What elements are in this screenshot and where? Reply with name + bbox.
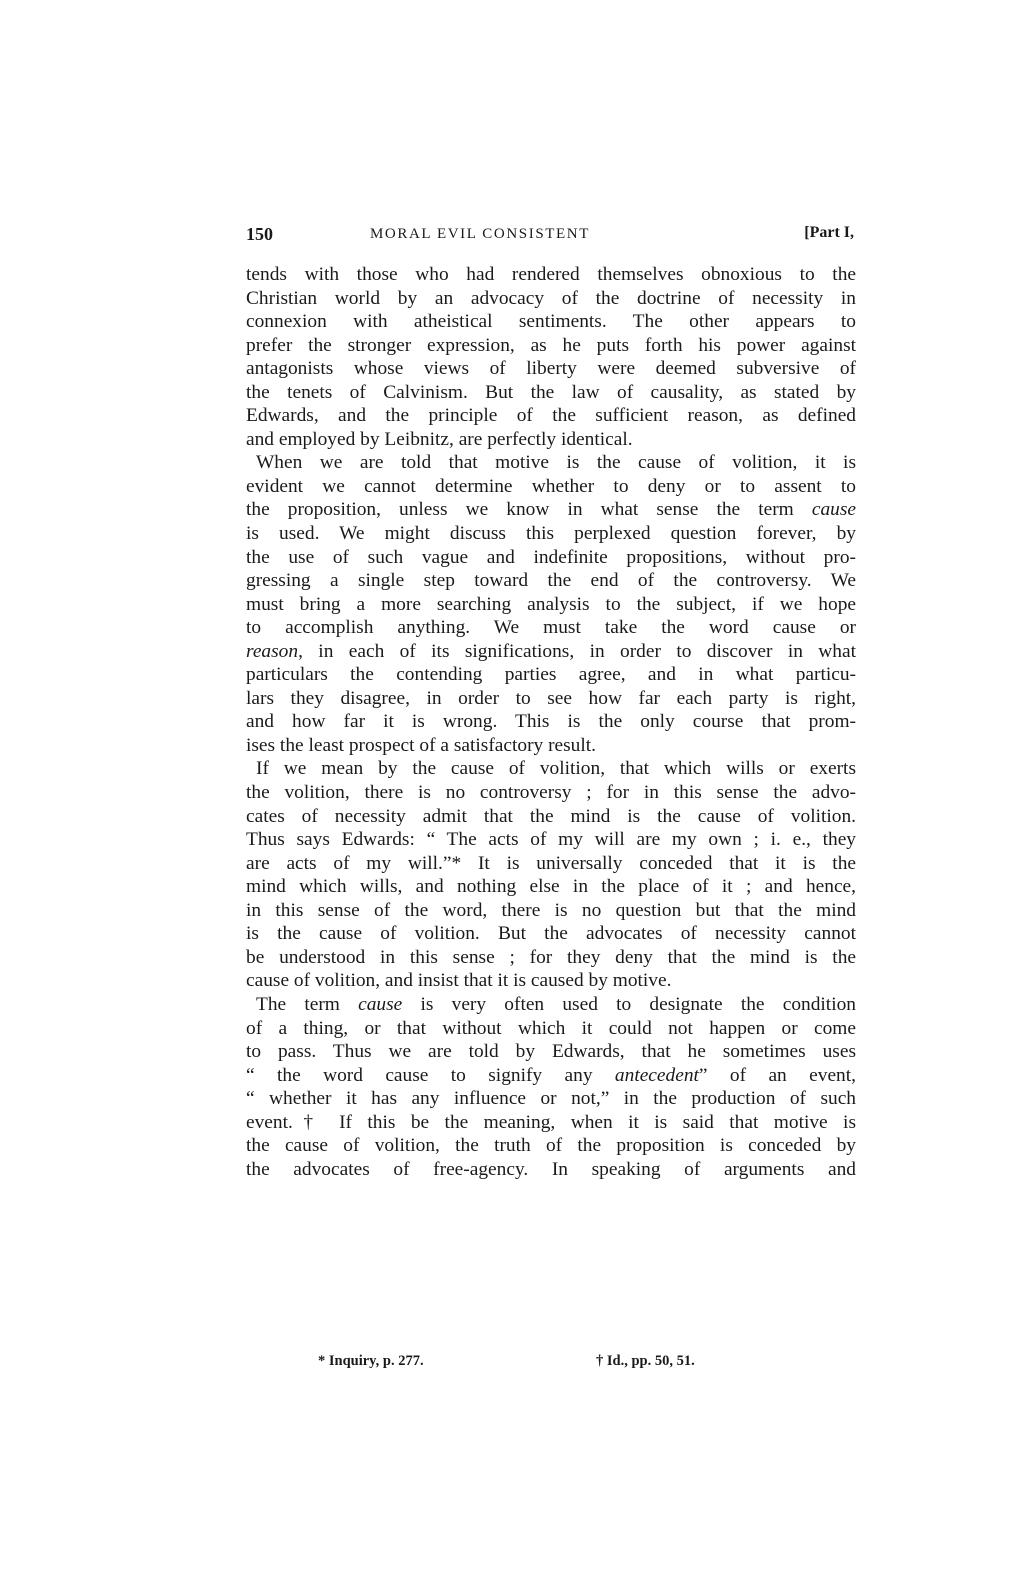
text-line: to accomplish anything. We must take the… [246,616,856,640]
running-head: 150 MORAL EVIL CONSISTENT [Part I, [246,224,854,248]
text-line: and employed by Leibnitz, are perfectly … [246,428,856,452]
text-line: the use of such vague and indefinite pro… [246,546,856,570]
text-line: antagonists whose views of liberty were … [246,357,856,381]
footnote-2: † Id., pp. 50, 51. [596,1353,695,1370]
text-line: tends with those who had rendered themse… [246,263,856,287]
part-label: [Part I, [804,224,854,242]
text-line: ises the least prospect of a satisfactor… [246,734,856,758]
text-line: in this sense of the word, there is no q… [246,899,856,923]
text-line: cates of necessity admit that the mind i… [246,805,856,829]
book-page: 150 MORAL EVIL CONSISTENT [Part I, tends… [0,0,1011,1580]
italic-term: cause [358,994,402,1015]
text-line: Edwards, and the principle of the suffic… [246,404,856,428]
text-line: event.† If this be the meaning, when it … [246,1111,856,1135]
text-line: “ whether it has any influence or not,” … [246,1087,856,1111]
text-line: are acts of my will.”* It is universally… [246,852,856,876]
text-line: Thus says Edwards: “ The acts of my will… [246,828,856,852]
paragraph: When we are told that motive is the caus… [246,451,856,757]
text-line: lars they disagree, in order to see how … [246,687,856,711]
text-line: Christian world by an advocacy of the do… [246,287,856,311]
text-line: When we are told that motive is the caus… [246,451,856,475]
footnotes: * Inquiry, p. 277. † Id., pp. 50, 51. [318,1353,778,1373]
text-line: The term cause is very often used to des… [246,993,856,1017]
text-line: prefer the stronger expression, as he pu… [246,334,856,358]
text-line: the tenets of Calvinism. But the law of … [246,381,856,405]
text-line: is the cause of volition. But the advoca… [246,922,856,946]
running-title: MORAL EVIL CONSISTENT [370,226,590,243]
text-line: evident we cannot determine whether to d… [246,475,856,499]
text-line: If we mean by the cause of volition, tha… [246,757,856,781]
italic-term: reason [246,641,298,662]
text-line: the advocates of free-agency. In speakin… [246,1158,856,1182]
text-line: must bring a more searching analysis to … [246,593,856,617]
italic-term: cause [812,499,856,520]
text-line: cause of volition, and insist that it is… [246,969,856,993]
text-line: and how far it is wrong. This is the onl… [246,710,856,734]
text-line: be understood in this sense ; for they d… [246,946,856,970]
text-line: reason, in each of its significations, i… [246,640,856,664]
text-line: to pass. Thus we are told by Edwards, th… [246,1040,856,1064]
page-number: 150 [246,224,273,245]
text-line: the volition, there is no controversy ; … [246,781,856,805]
text-line: “ the word cause to signify any antecede… [246,1064,856,1088]
text-line: the cause of volition, the truth of the … [246,1134,856,1158]
paragraph: The term cause is very often used to des… [246,993,856,1181]
text-line: of a thing, or that without which it cou… [246,1017,856,1041]
body-text: tends with those who had rendered themse… [246,263,856,1181]
text-line: particulars the contending parties agree… [246,663,856,687]
italic-term: antecedent [615,1065,699,1086]
paragraph: If we mean by the cause of volition, tha… [246,757,856,992]
text-line: the proposition, unless we know in what … [246,498,856,522]
text-line: connexion with atheistical sentiments. T… [246,310,856,334]
text-line: is used. We might discuss this perplexed… [246,522,856,546]
paragraph: tends with those who had rendered themse… [246,263,856,451]
footnote-1: * Inquiry, p. 277. [318,1353,424,1370]
text-line: mind which wills, and nothing else in th… [246,875,856,899]
text-line: gressing a single step toward the end of… [246,569,856,593]
